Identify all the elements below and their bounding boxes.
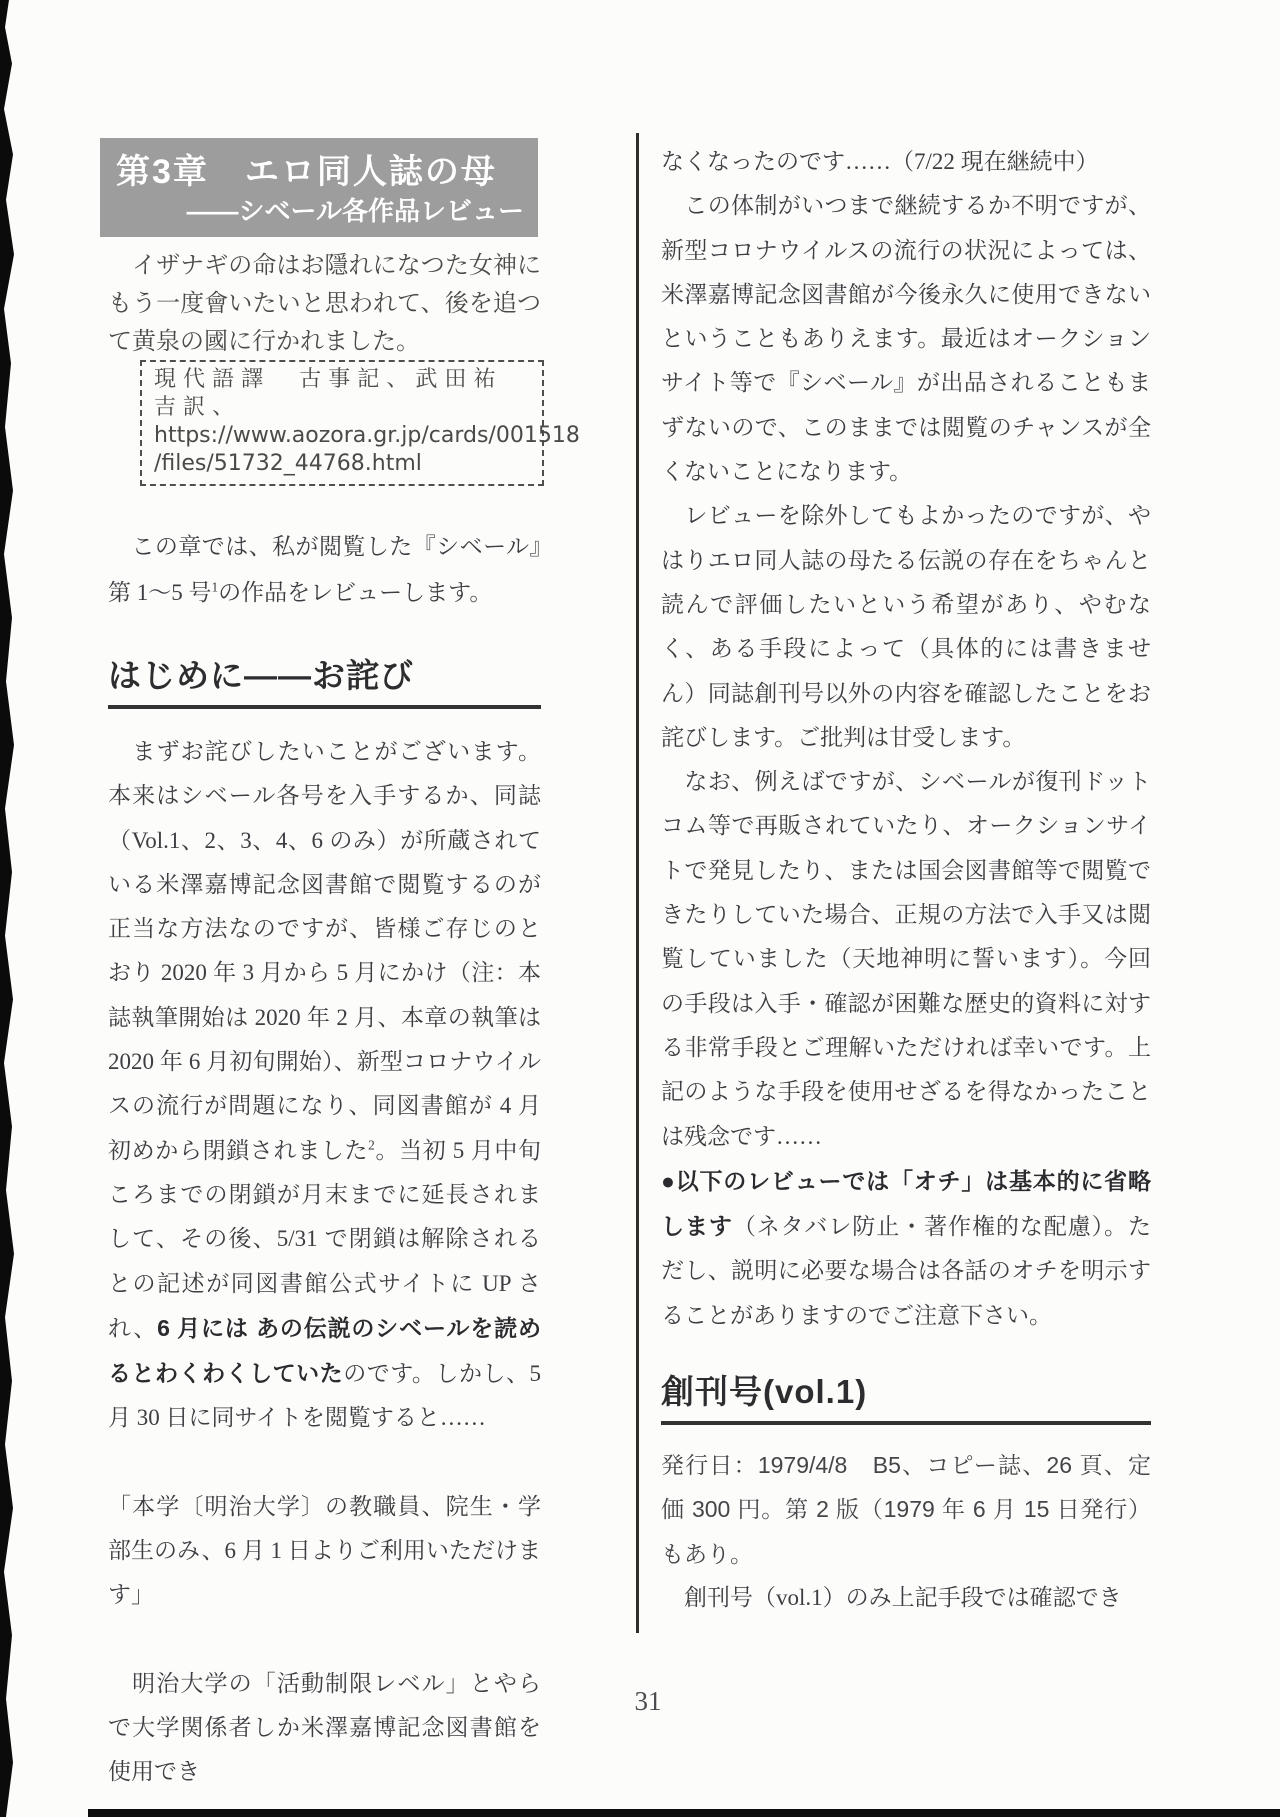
apology-paragraph-6: なお、例えばですが、シベールが復刊ドットコム等で再販されていたり、オークションサ… — [661, 760, 1151, 1159]
vol1-publication-info: 発行日：1979/4/8 B5、コピー誌、26 頁、定価 300 円。第 2 版… — [661, 1443, 1151, 1576]
intro-text-cont: の作品をレビューします。 — [218, 580, 492, 605]
citation-title: 現代語譯 古事記、武田祐吉訳、 — [154, 366, 530, 422]
heading-rule-apology — [108, 705, 541, 709]
review-policy-note: ●以下のレビューでは「オチ」は基本的に省略します（ネタバレ防止・著作権的な配慮）… — [661, 1159, 1151, 1338]
scan-edge-left — [0, 0, 18, 1817]
epigraph-text: イザナギの命はお隱れになつた女神にもう一度會いたいと思われて、後を追つて黄泉の國… — [108, 246, 541, 360]
citation-url-line1: https://www.aozora.gr.jp/cards/001518 — [154, 422, 530, 450]
apology-p1-text-a: まずお詫びしたいことがございます。本来はシベール各号を入手するか、同誌（Vol.… — [108, 739, 541, 1163]
intro-paragraph: この章では、私が閲覧した『シベール』第 1〜5 号1の作品をレビューします。 — [108, 524, 541, 616]
apology-paragraph-2: 明治大学の「活動制限レベル」とやらで大学関係者しか米澤嘉博記念図書館を使用でき — [108, 1662, 541, 1795]
right-column: なくなったのです……（7/22 現在継続中） この体制がいつまで継続するか不明で… — [661, 140, 1151, 1620]
apology-paragraph-4: この体制がいつまで継続するか不明ですが、新型コロナウイルスの流行の状況によっては… — [661, 184, 1151, 494]
chapter-title: 第3章 エロ同人誌の母 — [116, 152, 524, 192]
citation-box: 現代語譯 古事記、武田祐吉訳、 https://www.aozora.gr.jp… — [140, 360, 544, 486]
review-policy-rest: （ネタバレ防止・著作権的な配慮）。ただし、説明に必要な場合は各話のオチを明示する… — [661, 1214, 1151, 1328]
apology-p1-text-b: 。当初 5 月中旬ころまでの閉鎖が月末までに延長されまして、その後、5/31 で… — [108, 1138, 541, 1341]
left-column: 第3章 エロ同人誌の母 ——シベール各作品レビュー イザナギの命はお隱れになつた… — [108, 138, 541, 1795]
section-heading-vol1: 創刊号(vol.1) — [661, 1372, 1151, 1412]
section-heading-apology: はじめに——お詫び — [108, 656, 541, 696]
vol1-paragraph-1: 創刊号（vol.1）のみ上記手段では確認でき — [661, 1576, 1151, 1620]
page-number: 31 — [598, 1686, 698, 1717]
column-divider — [636, 133, 639, 1633]
scan-edge-bottom — [88, 1809, 1280, 1817]
chapter-header-box: 第3章 エロ同人誌の母 ——シベール各作品レビュー — [100, 138, 538, 237]
footnote-ref-2: 2 — [368, 1137, 375, 1152]
apology-paragraph-1: まずお詫びしたいことがございます。本来はシベール各号を入手するか、同誌（Vol.… — [108, 730, 541, 1441]
chapter-subtitle: ——シベール各作品レビュー — [116, 196, 524, 226]
citation-url-line2: /files/51732_44768.html — [154, 450, 530, 478]
meiji-notice-quote: 「本学〔明治大学〕の教職員、院生・学部生のみ、6 月 1 日よりご利用いただけま… — [108, 1485, 541, 1618]
apology-paragraph-5: レビューを除外してもよかったのですが、やはりエロ同人誌の母たる伝説の存在をちゃん… — [661, 494, 1151, 760]
heading-rule-vol1 — [661, 1421, 1151, 1425]
apology-paragraph-3: なくなったのです……（7/22 現在継続中） — [661, 140, 1151, 184]
